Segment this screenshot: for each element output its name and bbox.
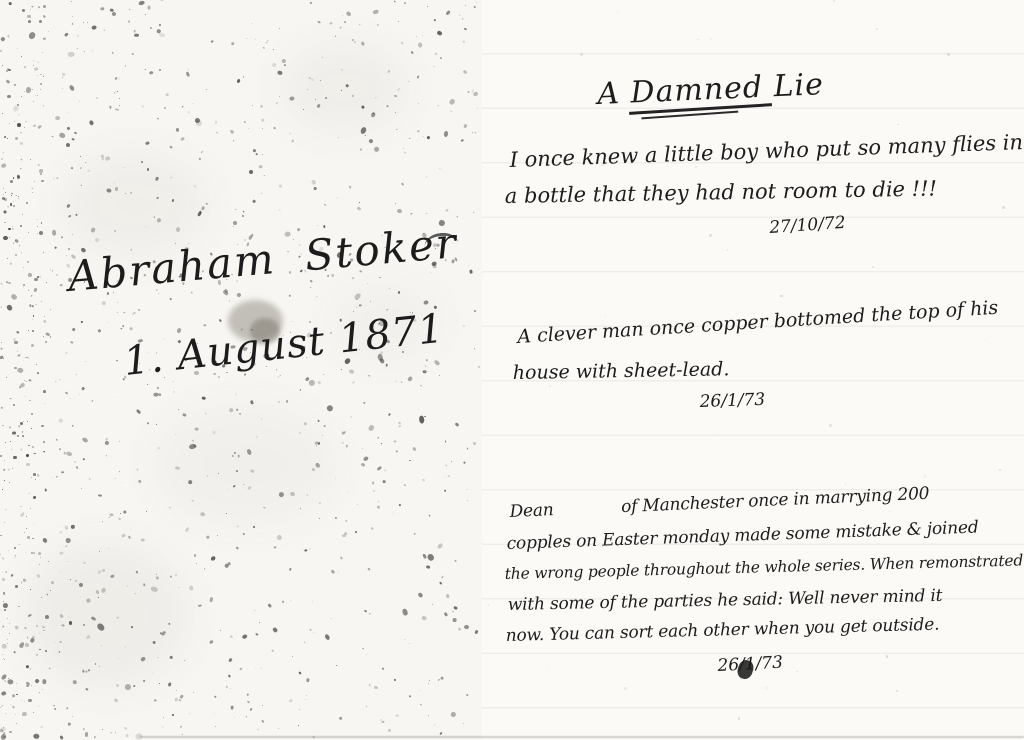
entry-title: A Damned Lie <box>597 70 825 110</box>
joke-1-date: 27/10/72 <box>769 215 846 237</box>
paper-mottle <box>150 400 340 530</box>
joke-2-date: 26/1/73 <box>699 392 765 411</box>
scanned-notebook-spread: Abraham Stoker 1. August 1871 A Damned L… <box>0 0 1024 740</box>
joke-3-line-4: with some of the parties he said: Well n… <box>508 588 943 614</box>
joke-1-line-2: a bottle that they had not room to die !… <box>505 178 938 207</box>
joke-2-line-1: A clever man once copper bottomed the to… <box>517 299 999 347</box>
title-underlined-word: Damned <box>630 73 764 109</box>
joke-3-line-2: copples on Easter monday made some mista… <box>506 520 978 553</box>
joke-3-line-1: Dean of Manchester once in marrying 200 <box>509 486 929 521</box>
title-suffix: Lie <box>762 67 824 105</box>
page-bottom-rule <box>140 736 1024 738</box>
joke-3-line-3: the wrong people throughout the whole se… <box>505 553 1024 582</box>
joke-1-line-1: I once knew a little boy who put so many… <box>509 132 1023 171</box>
signature-date: 1. August 1871 <box>122 309 446 382</box>
right-page: A Damned Lie I once knew a little boy wh… <box>482 0 1024 740</box>
left-page: Abraham Stoker 1. August 1871 <box>0 0 482 740</box>
joke-3-line-5: now. You can sort each other when you ge… <box>506 617 940 645</box>
paper-mottle <box>280 40 410 135</box>
joke-2-line-2: house with sheet-lead. <box>513 360 730 383</box>
title-prefix: A <box>597 76 632 112</box>
